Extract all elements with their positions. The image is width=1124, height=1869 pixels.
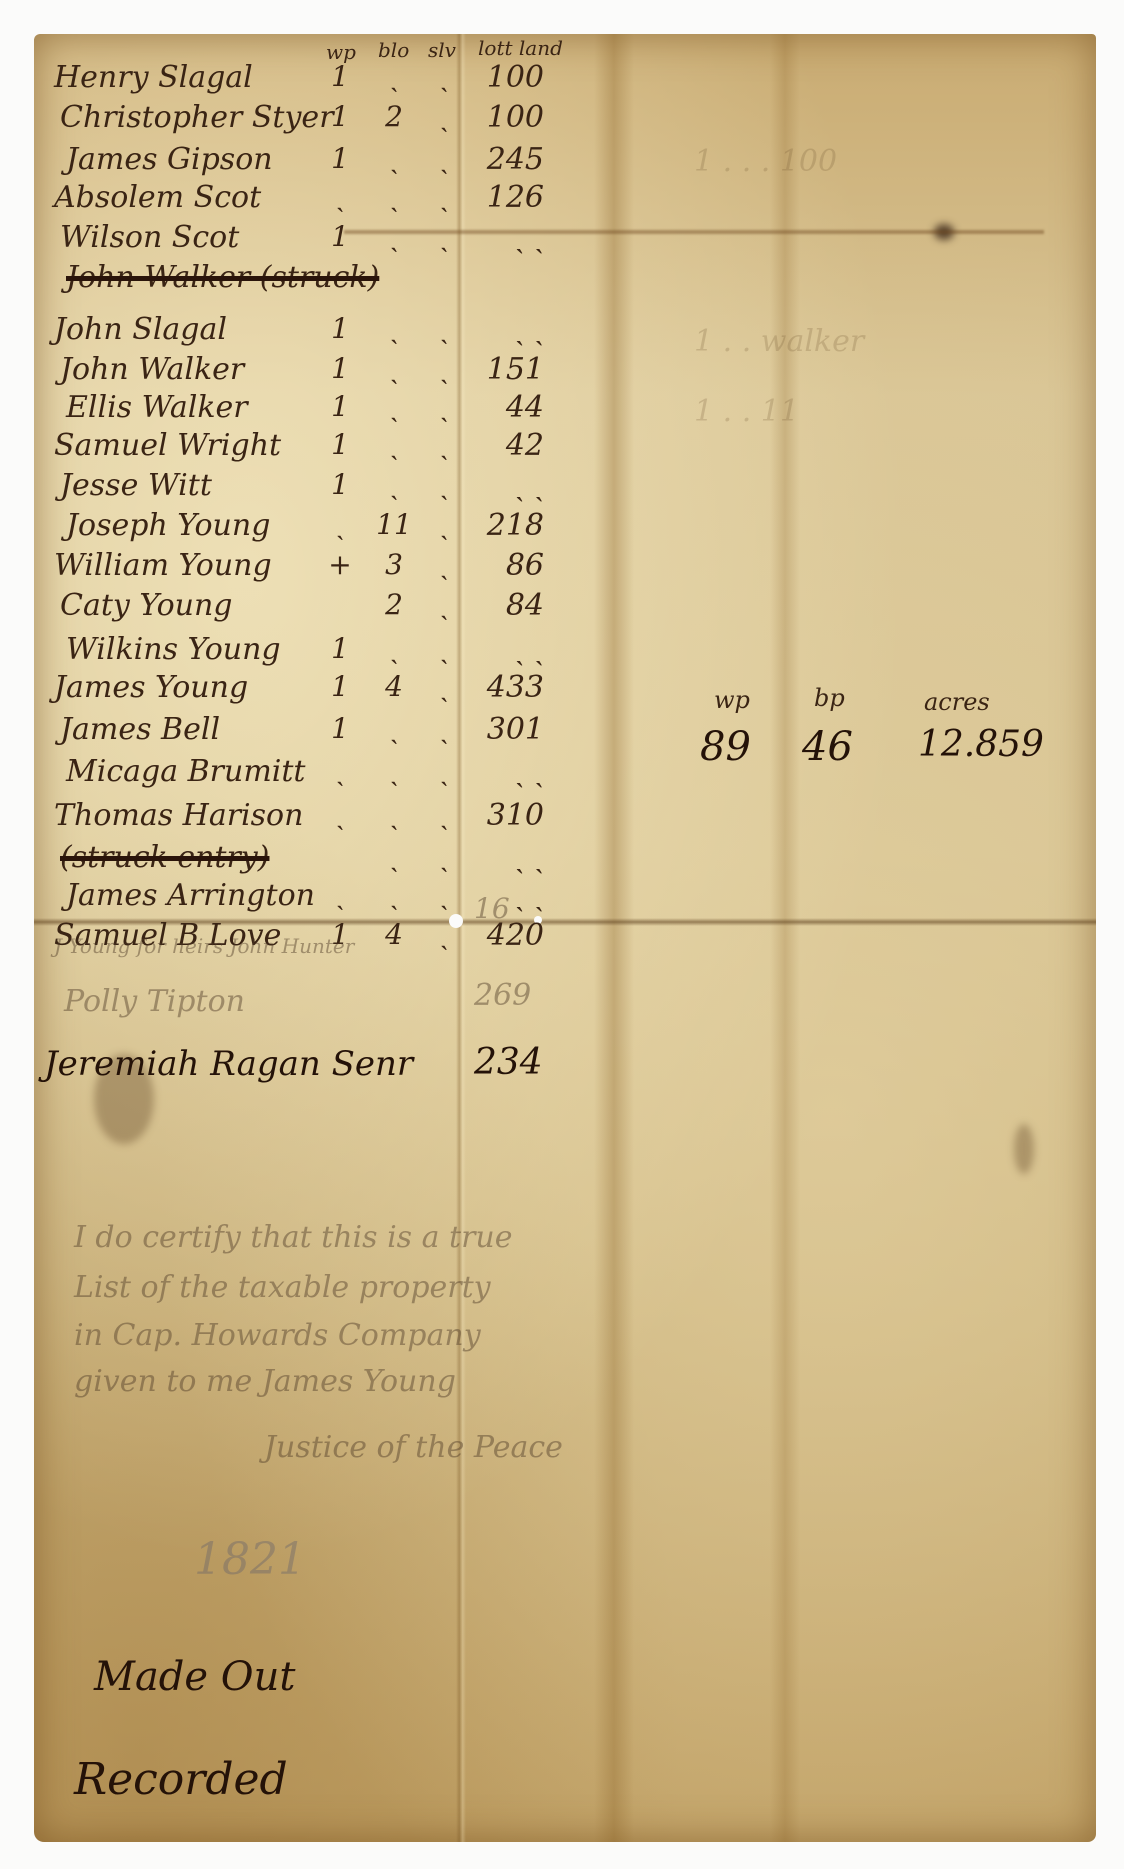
blo-value: ˎ — [374, 840, 414, 874]
slv-value: ˎ — [424, 508, 464, 542]
wp-value: 1 — [320, 312, 360, 345]
wp-value: ˎ — [320, 508, 360, 542]
land-value: ˎ ˎ — [474, 754, 544, 789]
wp-value: 1 — [320, 670, 360, 703]
land-value: ˎ ˎ — [474, 632, 544, 667]
blo-value: ˎ — [374, 220, 414, 254]
blo-value: 2 — [374, 100, 414, 133]
land-value: 151 — [474, 352, 544, 387]
slv-value: ˎ — [424, 390, 464, 424]
wp-value: 1 — [320, 100, 360, 133]
slv-value: ˎ — [424, 468, 464, 502]
wp-value: 1 — [320, 60, 360, 93]
vertical-fold — [594, 34, 634, 1842]
land-value: ˎ ˎ — [474, 312, 544, 347]
land-value: 16 — [474, 892, 510, 925]
blo-value: ˎ — [374, 312, 414, 346]
blo-value: ˎ — [374, 428, 414, 462]
blo-value: ˎ — [374, 468, 414, 502]
totals-header-bp: bp — [814, 684, 845, 712]
list-item-name: Polly Tipton — [64, 984, 245, 1019]
made-out-note: Made Out — [94, 1654, 295, 1700]
land-value: 100 — [474, 60, 544, 95]
list-item-name: Wilkins Young — [66, 632, 281, 667]
slv-value: ˎ — [424, 754, 464, 788]
blo-value: ˎ — [374, 142, 414, 176]
slv-value: ˎ — [424, 918, 464, 952]
list-item-name: Jesse Witt — [60, 468, 212, 503]
certification-title: Justice of the Peace — [264, 1430, 563, 1465]
bleed-through-text: 1 . . 11 — [694, 394, 799, 429]
slv-value: ˎ — [424, 220, 464, 254]
totals-header-acres: acres — [924, 688, 990, 716]
manuscript-sheet: 1 . . . 100 1 . . walker 1 . . 11 wp blo… — [34, 34, 1096, 1842]
wp-value: 1 — [320, 468, 360, 501]
wp-value: ˎ — [320, 754, 360, 788]
list-item-faint-note: J Young for heirs John Hunter — [54, 934, 354, 958]
land-value: 42 — [474, 428, 544, 463]
bleed-through-text: 1 . . walker — [694, 324, 864, 359]
list-item-name: Jeremiah Ragan Senr — [44, 1044, 413, 1084]
wp-value: + — [320, 548, 360, 581]
column-header-slv: slv — [428, 38, 456, 62]
slv-value: ˎ — [424, 352, 464, 386]
land-value: 100 — [474, 100, 544, 135]
certification-line: given to me James Young — [74, 1364, 456, 1399]
certification-line: in Cap. Howards Company — [74, 1318, 481, 1353]
land-value: 245 — [474, 142, 544, 177]
blo-value: 11 — [374, 508, 414, 541]
slv-value: ˎ — [424, 142, 464, 176]
total-acres: 12.859 — [918, 724, 1044, 765]
year-mark: 1821 — [194, 1534, 306, 1585]
list-item-name: Micaga Brumitt — [66, 754, 306, 789]
land-value: 218 — [474, 508, 544, 543]
land-value: 310 — [474, 798, 544, 833]
slv-value: ˎ — [424, 632, 464, 666]
bleed-through-text: 1 . . . 100 — [694, 144, 837, 179]
total-bp: 46 — [802, 724, 853, 770]
list-item-name: Joseph Young — [66, 508, 270, 543]
blo-value: ˎ — [374, 712, 414, 746]
slv-value: ˎ — [424, 712, 464, 746]
blo-value: ˎ — [374, 798, 414, 832]
land-value: 84 — [474, 588, 544, 623]
list-item-name: John Walker — [60, 352, 244, 387]
wp-value: ˎ — [320, 798, 360, 832]
column-header-blo: blo — [378, 38, 409, 62]
blo-value: ˎ — [374, 754, 414, 788]
list-item-name: James Young — [54, 670, 248, 705]
wp-value: 1 — [320, 428, 360, 461]
blo-value: ˎ — [374, 352, 414, 386]
slv-value: ˎ — [424, 312, 464, 346]
wp-value: 1 — [320, 390, 360, 423]
slv-value: ˎ — [424, 60, 464, 94]
blo-value: ˎ — [374, 632, 414, 666]
wp-value: ˎ — [320, 180, 360, 214]
vertical-fold — [770, 34, 800, 1842]
slv-value: ˎ — [424, 180, 464, 214]
recorded-note: Recorded — [74, 1754, 288, 1805]
slv-value: ˎ — [424, 840, 464, 874]
slv-value: ˎ — [424, 428, 464, 462]
wp-value: 1 — [320, 220, 360, 253]
list-item-name: Absolem Scot — [54, 180, 261, 215]
list-item-name: William Young — [54, 548, 272, 583]
land-value: ˎ ˎ — [474, 468, 544, 503]
blo-value: ˎ — [374, 60, 414, 94]
wp-value: 1 — [320, 142, 360, 175]
list-item-name: Ellis Walker — [66, 390, 248, 425]
blo-value: ˎ — [374, 180, 414, 214]
certification-line: List of the taxable property — [74, 1270, 491, 1305]
total-wp: 89 — [700, 724, 751, 770]
slv-value: ˎ — [424, 100, 464, 134]
blo-value: 4 — [374, 670, 414, 703]
list-item-name: James Gipson — [66, 142, 273, 177]
wp-value: ˎ — [320, 878, 360, 912]
list-item-name: (struck entry) — [60, 840, 269, 875]
list-item-name: James Bell — [60, 712, 220, 747]
land-value: 433 — [474, 670, 544, 705]
list-item-name: Samuel Wright — [54, 428, 281, 463]
slv-value: ˎ — [424, 588, 464, 622]
slv-value: ˎ — [424, 798, 464, 832]
list-item-name: Caty Young — [60, 588, 233, 623]
blo-value: 2 — [374, 588, 414, 621]
wp-value: 1 — [320, 632, 360, 665]
land-value: 269 — [474, 978, 531, 1013]
list-item-name: Thomas Harison — [54, 798, 303, 833]
list-item-name: Henry Slagal — [54, 60, 253, 95]
blo-value: 4 — [374, 918, 414, 951]
slv-value: ˎ — [424, 878, 464, 912]
blo-value: ˎ — [374, 390, 414, 424]
list-item-name: Wilson Scot — [60, 220, 239, 255]
blo-value: ˎ — [374, 878, 414, 912]
totals-header-wp: wp — [714, 686, 750, 714]
column-header-lott-land: lott land — [478, 36, 563, 60]
wp-value: 1 — [320, 712, 360, 745]
ink-stain — [1014, 1124, 1034, 1174]
slv-value: ˎ — [424, 548, 464, 582]
list-item-name: John Slagal — [54, 312, 227, 347]
land-value: 86 — [474, 548, 544, 583]
blo-value: 3 — [374, 548, 414, 581]
wp-value: 1 — [320, 352, 360, 385]
list-item-name: John Walker (struck) — [66, 260, 379, 295]
land-value: ˎ ˎ — [474, 840, 544, 875]
list-item-name: Christopher Styer — [60, 100, 334, 135]
land-value: 126 — [474, 180, 544, 215]
certification-line: I do certify that this is a true — [74, 1220, 513, 1255]
land-value: 234 — [474, 1042, 543, 1083]
land-value: 301 — [474, 712, 544, 747]
slv-value: ˎ — [424, 670, 464, 704]
land-value: ˎ ˎ — [474, 220, 544, 255]
land-value: 44 — [474, 390, 544, 425]
list-item-name: James Arrington — [66, 878, 315, 913]
